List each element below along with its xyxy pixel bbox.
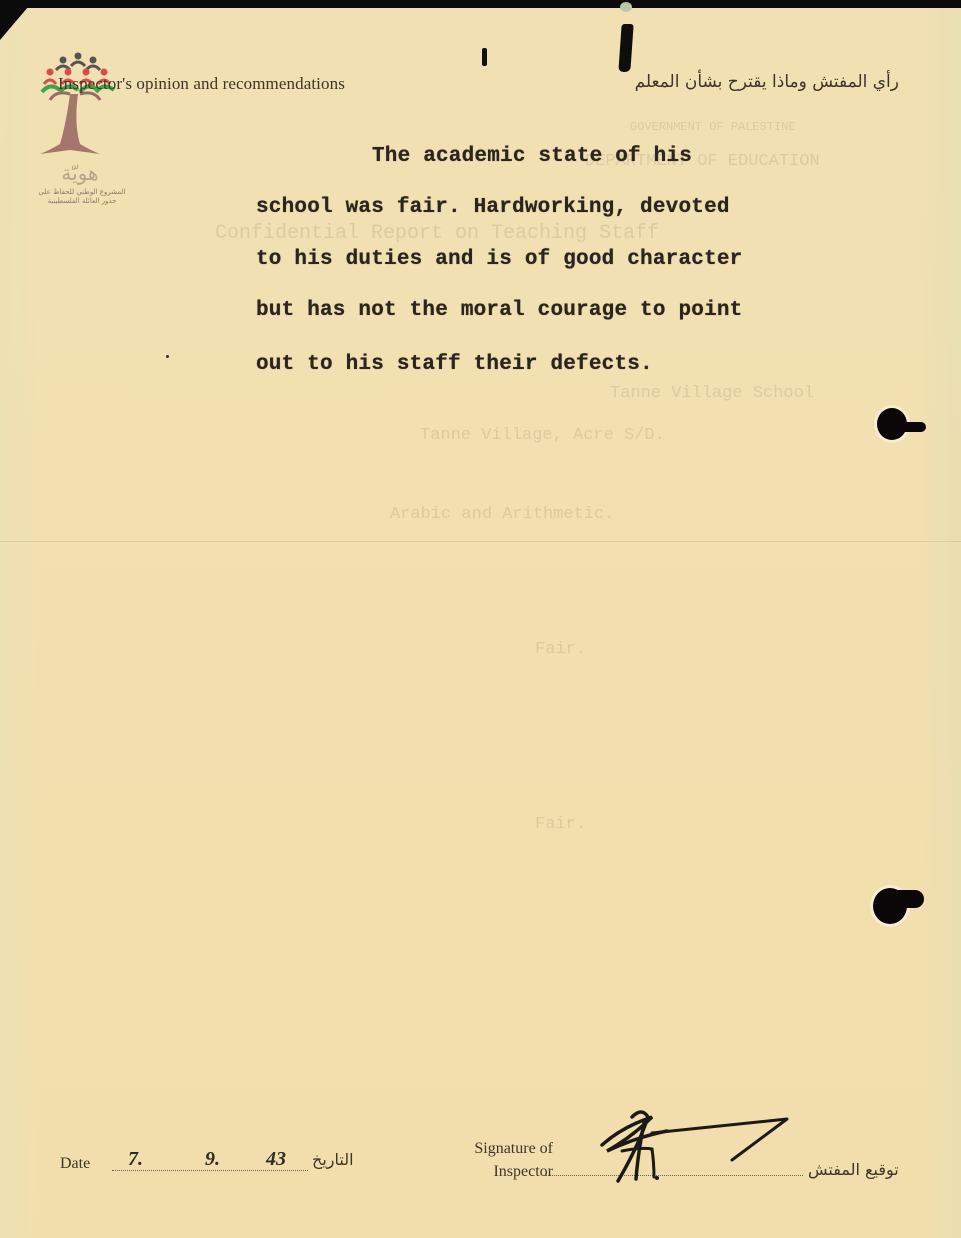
typed-remark-line: out to his staff their defects. <box>256 353 653 376</box>
typed-remark-line: but has not the moral courage to point <box>256 299 742 322</box>
logo-text: هويّة <box>61 161 98 185</box>
date-month-handwritten: 9. <box>205 1148 220 1171</box>
punch-hole-tear <box>902 422 926 432</box>
date-label-arabic: التاريخ <box>312 1150 354 1169</box>
bleed-through-text: Arabic and Arithmetic. <box>390 505 614 524</box>
bleed-through-rule <box>0 541 961 542</box>
section-heading-arabic: رأي المفتش وماذا يقترح بشأن المعلم <box>635 72 899 92</box>
logo-caption: المشروع الوطني للحفاظ على جذور العائلة ا… <box>32 188 132 206</box>
document-page: GOVERNMENT OF PALESTINE DEPARTMENT OF ED… <box>0 0 961 1238</box>
bleed-through-text: Tanne Village, Acre S/D. <box>420 426 665 445</box>
logo-caption-line: المشروع الوطني للحفاظ على <box>32 188 132 197</box>
bleed-through-text: Confidential Report on Teaching Staff <box>215 222 659 245</box>
folded-corner <box>0 0 34 40</box>
date-day-handwritten: 7. <box>128 1148 143 1171</box>
signature-label-line: Inspector <box>443 1160 553 1183</box>
bleed-through-text: GOVERNMENT OF PALESTINE <box>630 120 796 134</box>
signature-label: Signature of Inspector <box>443 1137 553 1183</box>
staple-mark <box>618 24 633 72</box>
bleed-through-text: Fair. <box>535 640 586 659</box>
signature-label-arabic: توقيع المفتش <box>808 1160 899 1179</box>
typed-remark-line: school was fair. Hardworking, devoted <box>256 196 730 219</box>
signature-label-line: Signature of <box>443 1137 553 1160</box>
bleed-through-text: Tanne Village School <box>610 384 814 403</box>
handwritten-signature-icon <box>592 1105 792 1185</box>
typed-remark-line: The academic state of his <box>372 145 692 168</box>
date-label: Date <box>60 1155 90 1173</box>
bleed-through-text: Fair. <box>535 815 586 834</box>
punch-hole-tear <box>898 890 924 908</box>
section-heading-english: Inspector's opinion and recommendations <box>58 74 345 94</box>
staple-mark <box>482 48 487 66</box>
date-year-handwritten: 43 <box>266 1148 286 1171</box>
typed-remark-line: to his duties and is of good character <box>256 248 742 271</box>
staple-mark <box>620 2 632 12</box>
family-tree-logo-icon: هويّة <box>40 52 120 192</box>
logo-caption-line: جذور العائلة الفلسطينية <box>32 197 132 206</box>
ink-speck <box>166 355 169 358</box>
scanner-edge <box>0 0 961 8</box>
